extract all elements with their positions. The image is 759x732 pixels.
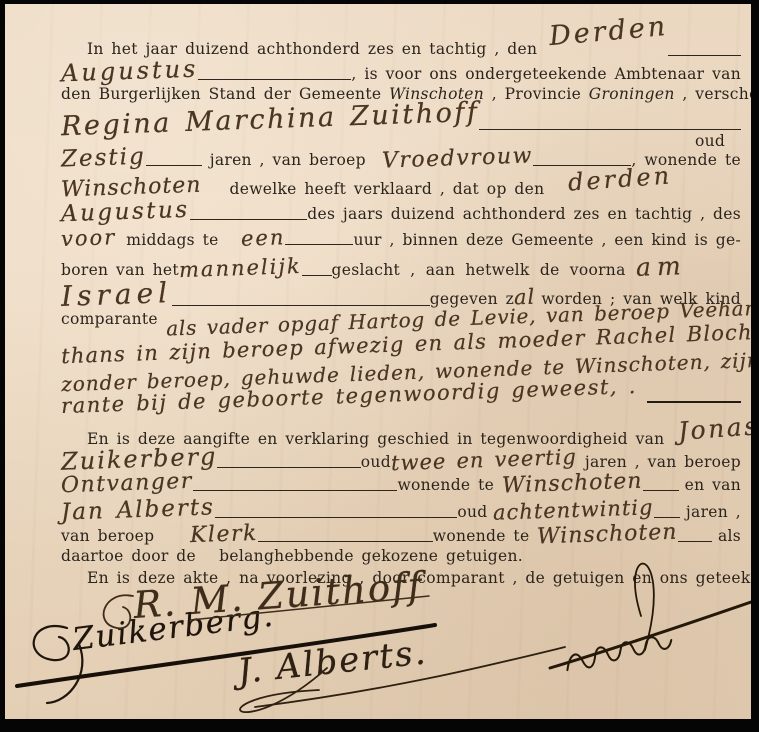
printed-text: jaren , van beroep [585, 453, 741, 471]
fill-rule [479, 127, 741, 130]
act-line-6: Winschoten dewelke heeft verklaard , dat… [61, 172, 741, 200]
fill-rule [190, 217, 308, 220]
printed-text: geslacht , aan hetwelk de voorna [332, 261, 626, 279]
act-line-4: Regina Marchina Zuithoff [61, 104, 741, 135]
printed-text: middags te [126, 231, 218, 249]
act-line-17: Ontvanger wonende te Winschoten en van [61, 471, 741, 496]
act-line-8: voor middags te een uur , binnen deze Ge… [61, 226, 741, 250]
act-line-7: Augustus des jaars duizend achthonderd z… [61, 199, 741, 225]
fill-rule [193, 488, 398, 491]
signature-witness2: J. Alberts. [236, 632, 429, 692]
fill-rule [146, 163, 202, 166]
printed-text: van beroep [61, 527, 154, 545]
printed-text: als [718, 527, 741, 545]
fill-rule [215, 515, 457, 518]
fill-rule [302, 273, 332, 276]
fill-rule [217, 465, 360, 468]
handwritten-witness1-residence: Winschoten [502, 469, 643, 499]
printed-text: wonende te [433, 527, 530, 545]
handwritten-witness1-firstname: Jonas [678, 411, 759, 446]
act-line-20: daartoe door de belanghebbende gekozene … [61, 547, 741, 565]
fill-rule [668, 53, 741, 56]
act-line-18: Jan Alberts oud achtentwintig jaren , [61, 497, 741, 523]
printed-text: comparante [61, 310, 158, 328]
handwritten-witness2-name: Jan Alberts [61, 494, 216, 525]
handwritten-day: Derden [548, 11, 669, 52]
fill-rule [258, 539, 433, 542]
printed-text: , verschenen : [675, 85, 759, 103]
act-line-19: van beroep Klerk wonende te Winschoten a… [61, 522, 741, 547]
handwritten-witness1-profession: Ontvanger [61, 469, 194, 499]
closing-rule [647, 399, 741, 403]
printed-text: wonende te [397, 476, 494, 494]
printed-text: uur , binnen deze Gemeente , een kind is… [353, 231, 741, 249]
handwritten-witness2-profession: Klerk [190, 521, 259, 548]
birth-certificate-document: In het jaar duizend achthonderd zes en t… [0, 0, 759, 732]
handwritten-declarant-name: Regina Marchina Zuithoff [61, 97, 480, 143]
handwritten-daypart: voor [61, 225, 117, 251]
printed-text: oud [361, 453, 391, 471]
printed-text: en van [685, 476, 741, 494]
fill-rule [678, 539, 712, 542]
handwritten-witness2-residence: Winschoten [537, 520, 678, 550]
printed-provincie-name: Groningen [589, 85, 675, 103]
printed-text: des jaars duizend achthonderd zes en tac… [307, 205, 741, 223]
fill-rule [198, 77, 351, 80]
handwritten-age: Zestig [61, 144, 147, 173]
printed-text: daartoe door de belanghebbende gekozene … [61, 547, 523, 565]
handwritten-month: Augustus [61, 55, 199, 88]
printed-text: , is voor ons ondergeteekende Ambtenaar … [351, 65, 741, 83]
act-line-14: rante bij de geboorte tegenwoordig gewee… [61, 384, 741, 408]
handwritten-birth-month: Augustus [61, 197, 190, 227]
act-line-2: Augustus , is voor ons ondergeteekende A… [61, 57, 741, 85]
witness1-lead-curl [34, 626, 69, 660]
fill-rule [643, 488, 679, 491]
printed-text: dewelke heeft verklaard , dat op den [230, 180, 545, 198]
handwritten-hour: een [240, 225, 285, 251]
printed-text: den Burgerlijken Stand der Gemeente [61, 85, 389, 103]
fill-rule [285, 242, 353, 245]
handwritten-profession: Vroedvrouw [381, 143, 533, 173]
printed-text: , Provincie [484, 85, 589, 103]
printed-text: jaren , van beroep [210, 151, 366, 169]
act-line-13: zonder beroep, gehuwde lieden, wonende t… [61, 358, 741, 382]
handwritten-birth-day: derden [568, 161, 674, 196]
printed-text: oud [457, 503, 487, 521]
printed-text: jaren , [686, 503, 741, 521]
fill-rule [654, 515, 680, 518]
